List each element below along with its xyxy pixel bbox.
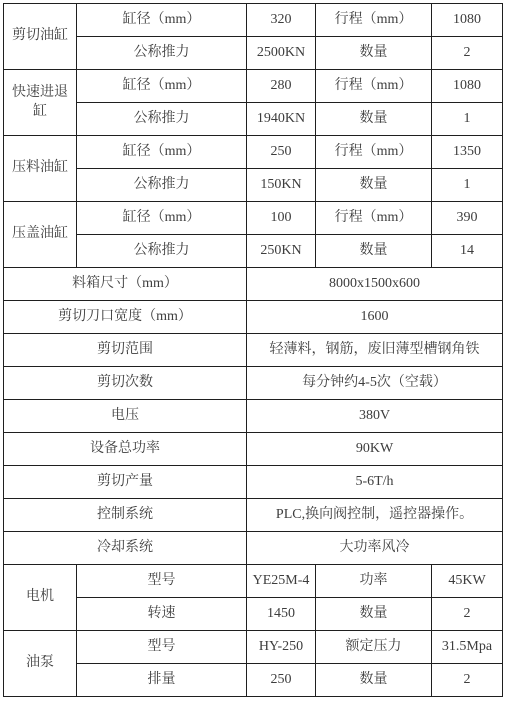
spec-value: 1080 bbox=[432, 4, 503, 37]
spec-label: 行程（mm） bbox=[316, 136, 432, 169]
spec-label: 行程（mm） bbox=[316, 202, 432, 235]
table-row: 公称推力 2500KN 数量 2 bbox=[4, 37, 503, 70]
row-group-label-fast-cylinder: 快速进退缸 bbox=[4, 70, 77, 136]
table-row: 压料油缸 缸径（mm） 250 行程（mm） 1350 bbox=[4, 136, 503, 169]
spec-label: 型号 bbox=[77, 565, 247, 598]
row-group-label-press-cylinder: 压料油缸 bbox=[4, 136, 77, 202]
spec-value: 45KW bbox=[432, 565, 503, 598]
spec-label: 料箱尺寸（mm） bbox=[4, 268, 247, 301]
spec-label: 数量 bbox=[316, 598, 432, 631]
spec-value: 100 bbox=[247, 202, 316, 235]
spec-value: 320 bbox=[247, 4, 316, 37]
table-row: 剪切油缸 缸径（mm） 320 行程（mm） 1080 bbox=[4, 4, 503, 37]
spec-value: 380V bbox=[247, 400, 503, 433]
spec-value: 1940KN bbox=[247, 103, 316, 136]
spec-value: 1600 bbox=[247, 301, 503, 334]
spec-label: 数量 bbox=[316, 37, 432, 70]
spec-label: 缸径（mm） bbox=[77, 136, 247, 169]
spec-value: 5-6T/h bbox=[247, 466, 503, 499]
table-row: 剪切范围 轻薄料，钢筋，废旧薄型槽钢角铁 bbox=[4, 334, 503, 367]
spec-label: 缸径（mm） bbox=[77, 202, 247, 235]
spec-label: 剪切次数 bbox=[4, 367, 247, 400]
spec-value: 8000x1500x600 bbox=[247, 268, 503, 301]
spec-label: 剪切刀口宽度（mm） bbox=[4, 301, 247, 334]
spec-value: YE25M-4 bbox=[247, 565, 316, 598]
spec-value: 大功率风冷 bbox=[247, 532, 503, 565]
page: 剪切油缸 缸径（mm） 320 行程（mm） 1080 公称推力 2500KN … bbox=[0, 0, 509, 705]
spec-value: 250KN bbox=[247, 235, 316, 268]
spec-value: 每分钟约4-5次（空载） bbox=[247, 367, 503, 400]
spec-value: 2500KN bbox=[247, 37, 316, 70]
spec-value: 280 bbox=[247, 70, 316, 103]
spec-label: 型号 bbox=[77, 631, 247, 664]
spec-value: 2 bbox=[432, 37, 503, 70]
spec-value: 150KN bbox=[247, 169, 316, 202]
row-group-label-cover-cylinder: 压盖油缸 bbox=[4, 202, 77, 268]
row-group-label-shear-cylinder: 剪切油缸 bbox=[4, 4, 77, 70]
spec-value: 2 bbox=[432, 664, 503, 697]
table-row: 电机 型号 YE25M-4 功率 45KW bbox=[4, 565, 503, 598]
spec-label: 公称推力 bbox=[77, 103, 247, 136]
table-row: 控制系统 PLC,换向阀控制，遥控器操作。 bbox=[4, 499, 503, 532]
spec-value: 90KW bbox=[247, 433, 503, 466]
spec-value: 1350 bbox=[432, 136, 503, 169]
spec-label: 行程（mm） bbox=[316, 4, 432, 37]
spec-value: 250 bbox=[247, 664, 316, 697]
spec-label: 缸径（mm） bbox=[77, 4, 247, 37]
table-row: 电压 380V bbox=[4, 400, 503, 433]
spec-value: 1080 bbox=[432, 70, 503, 103]
spec-label: 额定压力 bbox=[316, 631, 432, 664]
table-row: 冷却系统 大功率风冷 bbox=[4, 532, 503, 565]
table-row: 快速进退缸 缸径（mm） 280 行程（mm） 1080 bbox=[4, 70, 503, 103]
table-row: 公称推力 250KN 数量 14 bbox=[4, 235, 503, 268]
spec-label: 数量 bbox=[316, 169, 432, 202]
table-row: 排量 250 数量 2 bbox=[4, 664, 503, 697]
spec-label: 公称推力 bbox=[77, 169, 247, 202]
spec-label: 公称推力 bbox=[77, 37, 247, 70]
spec-label: 电压 bbox=[4, 400, 247, 433]
spec-value: HY-250 bbox=[247, 631, 316, 664]
table-row: 剪切产量 5-6T/h bbox=[4, 466, 503, 499]
spec-label: 控制系统 bbox=[4, 499, 247, 532]
spec-value: 2 bbox=[432, 598, 503, 631]
spec-value: 1 bbox=[432, 169, 503, 202]
spec-label: 剪切范围 bbox=[4, 334, 247, 367]
spec-label: 功率 bbox=[316, 565, 432, 598]
table-row: 料箱尺寸（mm） 8000x1500x600 bbox=[4, 268, 503, 301]
spec-label: 冷却系统 bbox=[4, 532, 247, 565]
spec-table: 剪切油缸 缸径（mm） 320 行程（mm） 1080 公称推力 2500KN … bbox=[3, 3, 503, 697]
spec-label: 行程（mm） bbox=[316, 70, 432, 103]
table-row: 公称推力 1940KN 数量 1 bbox=[4, 103, 503, 136]
spec-label: 设备总功率 bbox=[4, 433, 247, 466]
spec-label: 公称推力 bbox=[77, 235, 247, 268]
table-row: 转速 1450 数量 2 bbox=[4, 598, 503, 631]
table-row: 公称推力 150KN 数量 1 bbox=[4, 169, 503, 202]
spec-label: 数量 bbox=[316, 235, 432, 268]
spec-label: 缸径（mm） bbox=[77, 70, 247, 103]
spec-label: 数量 bbox=[316, 664, 432, 697]
spec-label: 剪切产量 bbox=[4, 466, 247, 499]
row-group-label-motor: 电机 bbox=[4, 565, 77, 631]
table-row: 剪切刀口宽度（mm） 1600 bbox=[4, 301, 503, 334]
spec-label: 数量 bbox=[316, 103, 432, 136]
spec-label: 排量 bbox=[77, 664, 247, 697]
table-row: 油泵 型号 HY-250 额定压力 31.5Mpa bbox=[4, 631, 503, 664]
spec-value: 14 bbox=[432, 235, 503, 268]
spec-value: PLC,换向阀控制，遥控器操作。 bbox=[247, 499, 503, 532]
table-row: 压盖油缸 缸径（mm） 100 行程（mm） 390 bbox=[4, 202, 503, 235]
spec-value: 1450 bbox=[247, 598, 316, 631]
row-group-label-oil-pump: 油泵 bbox=[4, 631, 77, 697]
spec-label: 转速 bbox=[77, 598, 247, 631]
spec-value: 1 bbox=[432, 103, 503, 136]
spec-value: 31.5Mpa bbox=[432, 631, 503, 664]
spec-value: 轻薄料，钢筋，废旧薄型槽钢角铁 bbox=[247, 334, 503, 367]
table-row: 剪切次数 每分钟约4-5次（空载） bbox=[4, 367, 503, 400]
table-row: 设备总功率 90KW bbox=[4, 433, 503, 466]
spec-value: 250 bbox=[247, 136, 316, 169]
spec-value: 390 bbox=[432, 202, 503, 235]
